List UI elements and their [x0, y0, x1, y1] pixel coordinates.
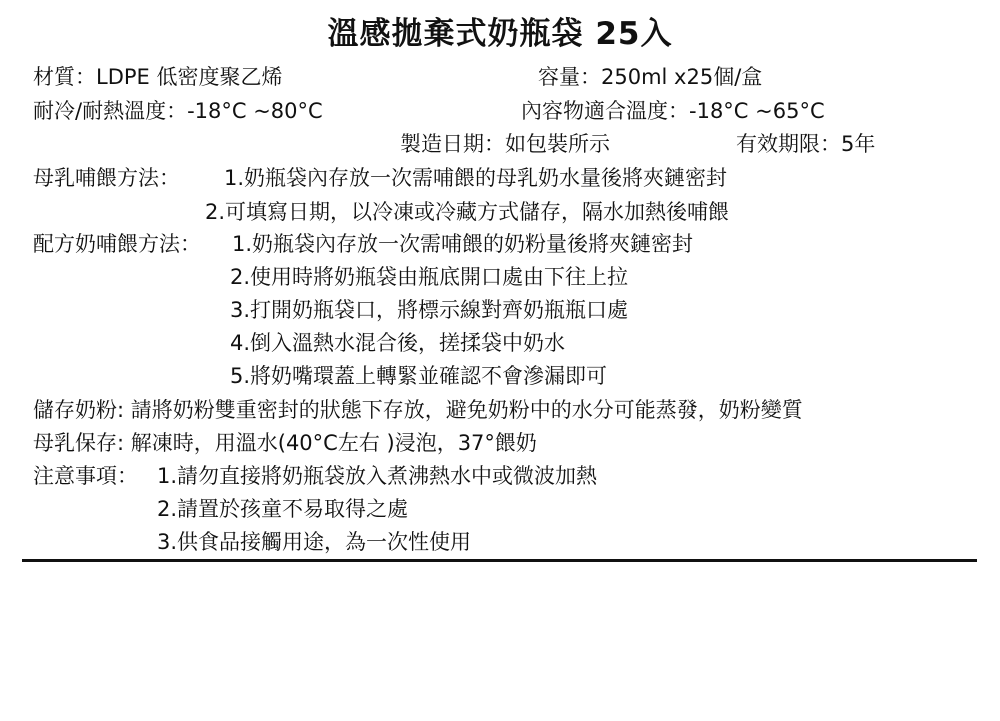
note-item: 3.供食品接觸用途，為一次性使用: [157, 527, 471, 557]
breastmilk-feeding-label: 母乳哺餵方法：: [33, 163, 180, 193]
spec-capacity: 容量：250ml x25個/盒: [538, 62, 762, 92]
formula-step: 1.奶瓶袋內存放一次需哺餵的奶粉量後將夾鏈密封: [232, 229, 693, 259]
divider-line: [22, 559, 977, 562]
product-title: 溫感拋棄式奶瓶袋 25入: [0, 14, 1000, 54]
spec-content-temp-range: 內容物適合溫度：-18°C ~65°C: [521, 96, 825, 126]
formula-feeding-label: 配方奶哺餵方法：: [33, 229, 201, 259]
spec-material: 材質：LDPE 低密度聚乙烯: [33, 62, 282, 92]
spec-heat-cold-range: 耐冷/耐熱溫度：-18°C ~80°C: [33, 96, 323, 126]
formula-step: 4.倒入溫熱水混合後，搓揉袋中奶水: [230, 328, 565, 358]
spec-shelf-life: 有效期限：5年: [736, 129, 875, 159]
formula-step: 2.使用時將奶瓶袋由瓶底開口處由下往上拉: [230, 262, 628, 292]
storage-breastmilk-note: 母乳保存: 解凍時，用溫水(40°C左右 )浸泡，37°餵奶: [33, 428, 537, 458]
breastmilk-step: 1.奶瓶袋內存放一次需哺餵的母乳奶水量後將夾鏈密封: [224, 163, 727, 193]
note-item: 1.請勿直接將奶瓶袋放入煮沸熱水中或微波加熱: [157, 461, 597, 491]
note-item: 2.請置於孩童不易取得之處: [157, 494, 408, 524]
spec-manufacture-date: 製造日期：如包裝所示: [400, 129, 610, 159]
breastmilk-step: 2.可填寫日期，以冷凍或冷藏方式儲存，隔水加熱後哺餵: [205, 197, 729, 227]
formula-step: 3.打開奶瓶袋口，將標示線對齊奶瓶瓶口處: [230, 295, 628, 325]
storage-formula-note: 儲存奶粉: 請將奶粉雙重密封的狀態下存放，避免奶粉中的水分可能蒸發，奶粉變質: [33, 395, 803, 425]
notes-label: 注意事項：: [33, 461, 138, 491]
formula-step: 5.將奶嘴環蓋上轉緊並確認不會滲漏即可: [230, 361, 607, 391]
